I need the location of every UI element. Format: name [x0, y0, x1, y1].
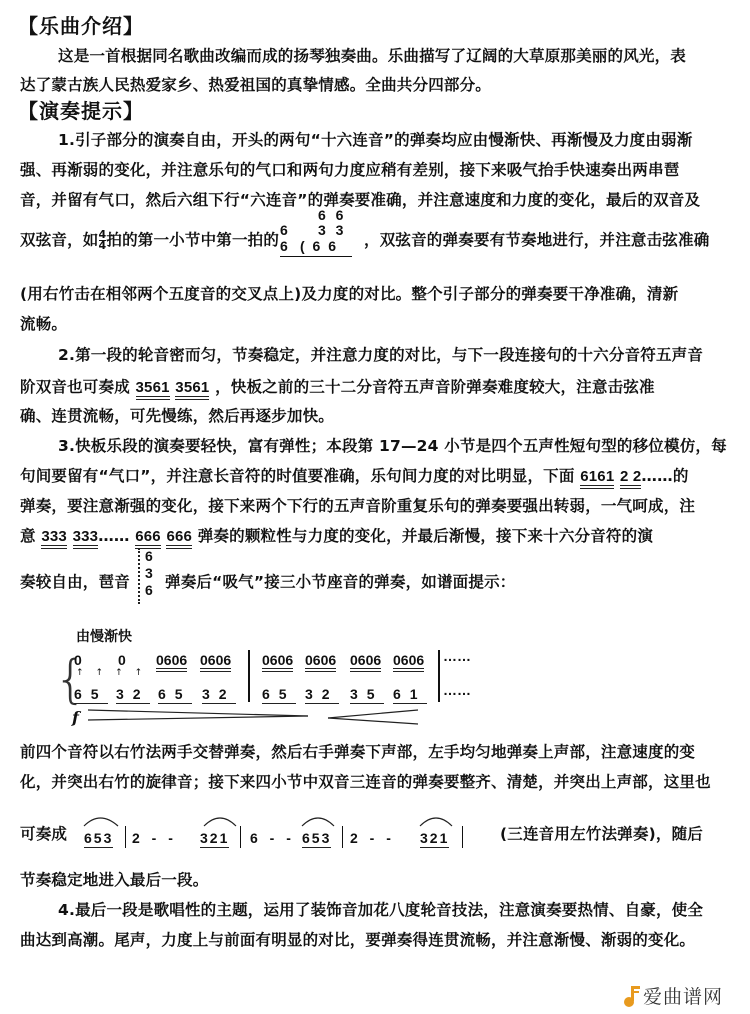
tempo-marking: 由慢渐快: [76, 626, 132, 646]
inline-notes-2: 321: [200, 830, 229, 848]
lower-m1-a: 65: [74, 686, 108, 704]
inline-notes-6: 321: [420, 830, 449, 848]
inline-notes-3: 6 - -: [250, 830, 295, 846]
p3-line-3: 弹奏，要注意渐强的变化，接下来两个下行的五声音阶重复乐句的弹奏要强出转弱，一气呵…: [20, 494, 695, 516]
lower-m2-a: 65: [262, 686, 296, 704]
arpeggio-mark: [138, 548, 141, 604]
notation-3561-b: 3561: [175, 379, 209, 400]
inline-bar-4: [462, 826, 463, 848]
stroke-marks: ↑↑↑↑: [76, 668, 154, 678]
notation-3561-a: 3561: [136, 379, 170, 400]
inline-notes-5: 2 - -: [350, 830, 395, 846]
continuation-upper: ……: [443, 648, 471, 664]
p3-line-2: 句间要留有“气口”，并注意长音符的时值要准确，乐句间力度的对比明显，下面 616…: [20, 464, 689, 486]
upper-m2-3: 0606: [393, 652, 424, 672]
hairpins: [88, 706, 428, 726]
inline-bar-3: [342, 826, 343, 848]
chord-underline: [280, 256, 352, 257]
upper-m1-1: 0: [118, 652, 126, 668]
p1-line4-mid: 拍的第一小节中第一拍的: [106, 231, 279, 249]
inline-notes-1: 2 - -: [132, 830, 177, 846]
upper-m1-0: 0: [74, 652, 82, 668]
p3b-line-4: 节奏稳定地进入最后一段。: [20, 868, 208, 890]
inline-notes-4: 653: [302, 830, 331, 848]
p1-line-5: (用右竹击在相邻两个五度音的交叉点上)及力度的对比。整个引子部分的弹奏要干净准确…: [20, 282, 678, 304]
lower-m1-d: 32: [202, 686, 236, 704]
notation-333-b: 333: [73, 528, 99, 549]
lower-m1-c: 65: [158, 686, 192, 704]
slur-marks: [80, 808, 500, 830]
upper-m2-2: 0606: [350, 652, 381, 672]
chord-bot-left: 6: [280, 238, 288, 254]
notation-333-a: 333: [41, 528, 67, 549]
music-note-icon: [622, 985, 640, 1007]
notation-6161: 6161: [580, 468, 614, 489]
p3-line5-pre: 奏较自由，琶音: [20, 570, 130, 592]
upper-m1-3: 0606: [200, 652, 231, 672]
p3b-line3-post: (三连音用左竹法弹奏)，随后: [500, 822, 703, 844]
p2-line-2: 阶双音也可奏成 3561 3561 ，快板之前的三十二分音符五声音阶弹奏难度较大…: [20, 375, 655, 397]
notation-666-b: 666: [166, 528, 192, 549]
p1-line4-post: ，双弦音的弹奏要有节奏地进行，并注意击弦准确: [364, 228, 709, 250]
inline-bar-2: [240, 826, 241, 848]
notation-666-a: 666: [135, 528, 161, 549]
intro-line-1: 这是一首根据同名歌曲改编而成的扬琴独奏曲。乐曲描写了辽阔的大草原那美丽的风光，表: [58, 44, 686, 66]
p2-line-3: 确、连贯流畅，可先慢练，然后再逐步加快。: [20, 404, 334, 426]
chord-mid-left: 6: [280, 222, 288, 238]
p3b-line-2: 化，并突出右竹的旋律音；接下来四小节中双音三连音的弹奏要整齐、清楚，并突出上声部…: [20, 770, 711, 792]
chord-bot-right: ( 6 6: [300, 238, 338, 254]
p1-line-4: 双弦音，如44拍的第一小节中第一拍的: [20, 228, 279, 251]
dynamic-forte: f: [72, 708, 79, 727]
intro-line-2: 达了蒙古族人民热爱家乡、热爱祖国的真挚情感。全曲共分四部分。: [20, 73, 491, 95]
tips-heading: 【演奏提示】: [18, 95, 144, 124]
continuation-lower: ……: [443, 682, 471, 698]
p1-line-2: 强、再渐弱的变化，并注意乐句的气口和两句力度应稍有差别，接下来吸气抬手快速奏出两…: [20, 158, 679, 180]
lower-m2-c: 35: [350, 686, 384, 704]
inline-bar-1: [125, 826, 126, 848]
p1-line-3: 音，并留有气口，然后六组下行“六连音”的弹奏要准确，并注意速度和力度的变化，最后…: [20, 188, 700, 210]
p3b-line-1: 前四个音符以右竹法两手交替弹奏，然后右手弹奏下声部，左手均匀地弹奏上声部，注意速…: [20, 740, 695, 762]
p1-line-6: 流畅。: [20, 312, 67, 334]
upper-m2-0: 0606: [262, 652, 293, 672]
lower-m1-b: 32: [116, 686, 150, 704]
watermark-text: 爱曲谱网: [643, 982, 723, 1009]
notation-22: 2 2: [620, 468, 641, 489]
barline-1: [248, 650, 250, 702]
upper-m1-2: 0606: [156, 652, 187, 672]
p1-line-1: 1.引子部分的演奏自由，开头的两句“十六连音”的弹奏均应由慢渐快、再渐慢及力度由…: [58, 128, 692, 150]
intro-heading: 【乐曲介绍】: [18, 10, 144, 39]
chord-top: 6 6: [318, 207, 346, 223]
lower-m2-b: 32: [305, 686, 339, 704]
p4-line-1: 4.最后一段是歌唱性的主题，运用了装饰音加花八度轮音技法，注意演奏要热情、自豪，…: [58, 898, 703, 920]
p1-line4-pre: 双弦音，如: [20, 231, 99, 249]
arpeggio-notes: 6 3 6: [145, 548, 155, 599]
p3-line-4: 意 333 333…… 666 666 弹奏的颗粒性与力度的变化，并最后渐慢，接…: [20, 524, 653, 546]
p3b-line3-pre: 可奏成: [20, 822, 67, 844]
watermark-logo: 爱曲谱网: [622, 982, 723, 1009]
p3-line-1: 3.快板乐段的演奏要轻快，富有弹性；本段第 17—24 小节是四个五声性短句型的…: [58, 434, 727, 456]
inline-notes-0: 653: [84, 830, 113, 848]
p3-line5-post: 弹奏后“吸气”接三小节座音的弹奏，如谱面提示：: [165, 570, 515, 592]
upper-m2-1: 0606: [305, 652, 336, 672]
chord-mid-right: 3 3: [318, 222, 346, 238]
barline-2: [438, 650, 440, 702]
p2-line-1: 2.第一段的轮音密而匀，节奏稳定，并注意力度的对比，与下一段连接句的十六分音符五…: [58, 343, 703, 365]
lower-m2-d: 61: [393, 686, 427, 704]
p4-line-2: 曲达到高潮。尾声，力度上与前面有明显的对比，要弹奏得连贯流畅，并注意渐慢、渐弱的…: [20, 928, 695, 950]
